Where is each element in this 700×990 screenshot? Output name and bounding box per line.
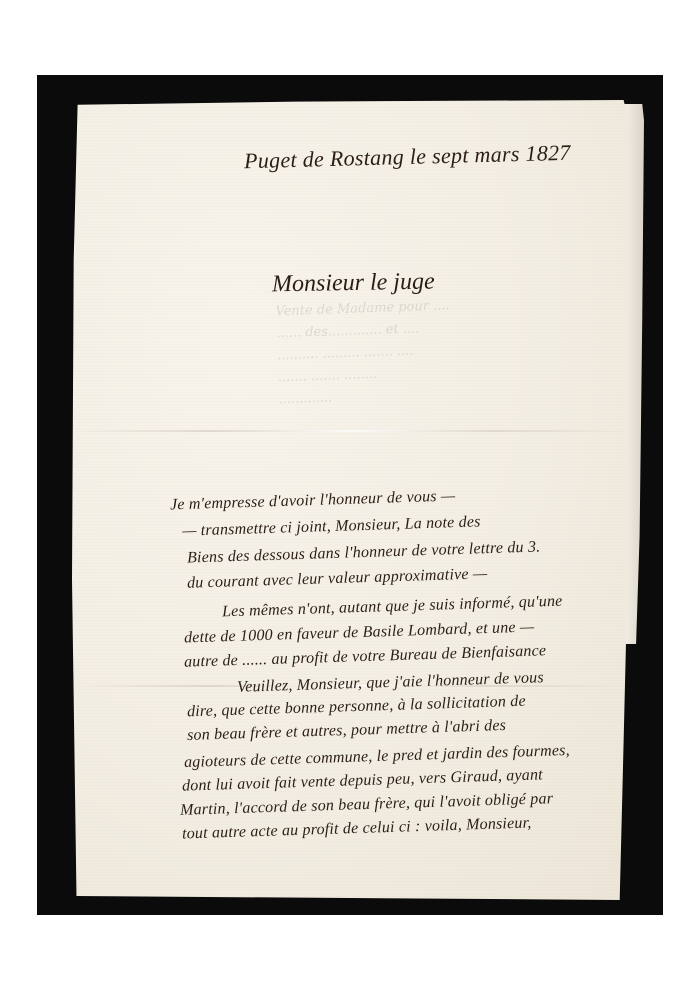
date-line: Puget de Rostang le sept mars 1827 [244, 140, 571, 175]
show-through-text: Vente de Madame pour .... ...... des....… [275, 289, 639, 411]
body-line: tout autre acte au profit de celui ci : … [182, 815, 532, 844]
body-line: Biens des dessous dans l'honneur de votr… [187, 538, 541, 567]
body-line: autre de ...... au profit de votre Burea… [184, 642, 547, 671]
body-line: Les mêmes n'ont, autant que je suis info… [222, 593, 563, 622]
salutation: Monsieur le juge [272, 269, 435, 299]
body-line: — transmettre ci joint, Monsieur, La not… [182, 513, 481, 540]
body-line: son beau frère et autres, pour mettre à … [187, 717, 507, 745]
letter-page: Vente de Madame pour .... ...... des....… [72, 100, 632, 900]
body-line: dette de 1000 en faveur de Basile Lombar… [184, 619, 535, 648]
body-line: du courant avec leur valeur approximativ… [187, 565, 488, 592]
fold-crease [72, 430, 632, 432]
body-line: Je m'empresse d'avoir l'honneur de vous … [170, 488, 456, 515]
